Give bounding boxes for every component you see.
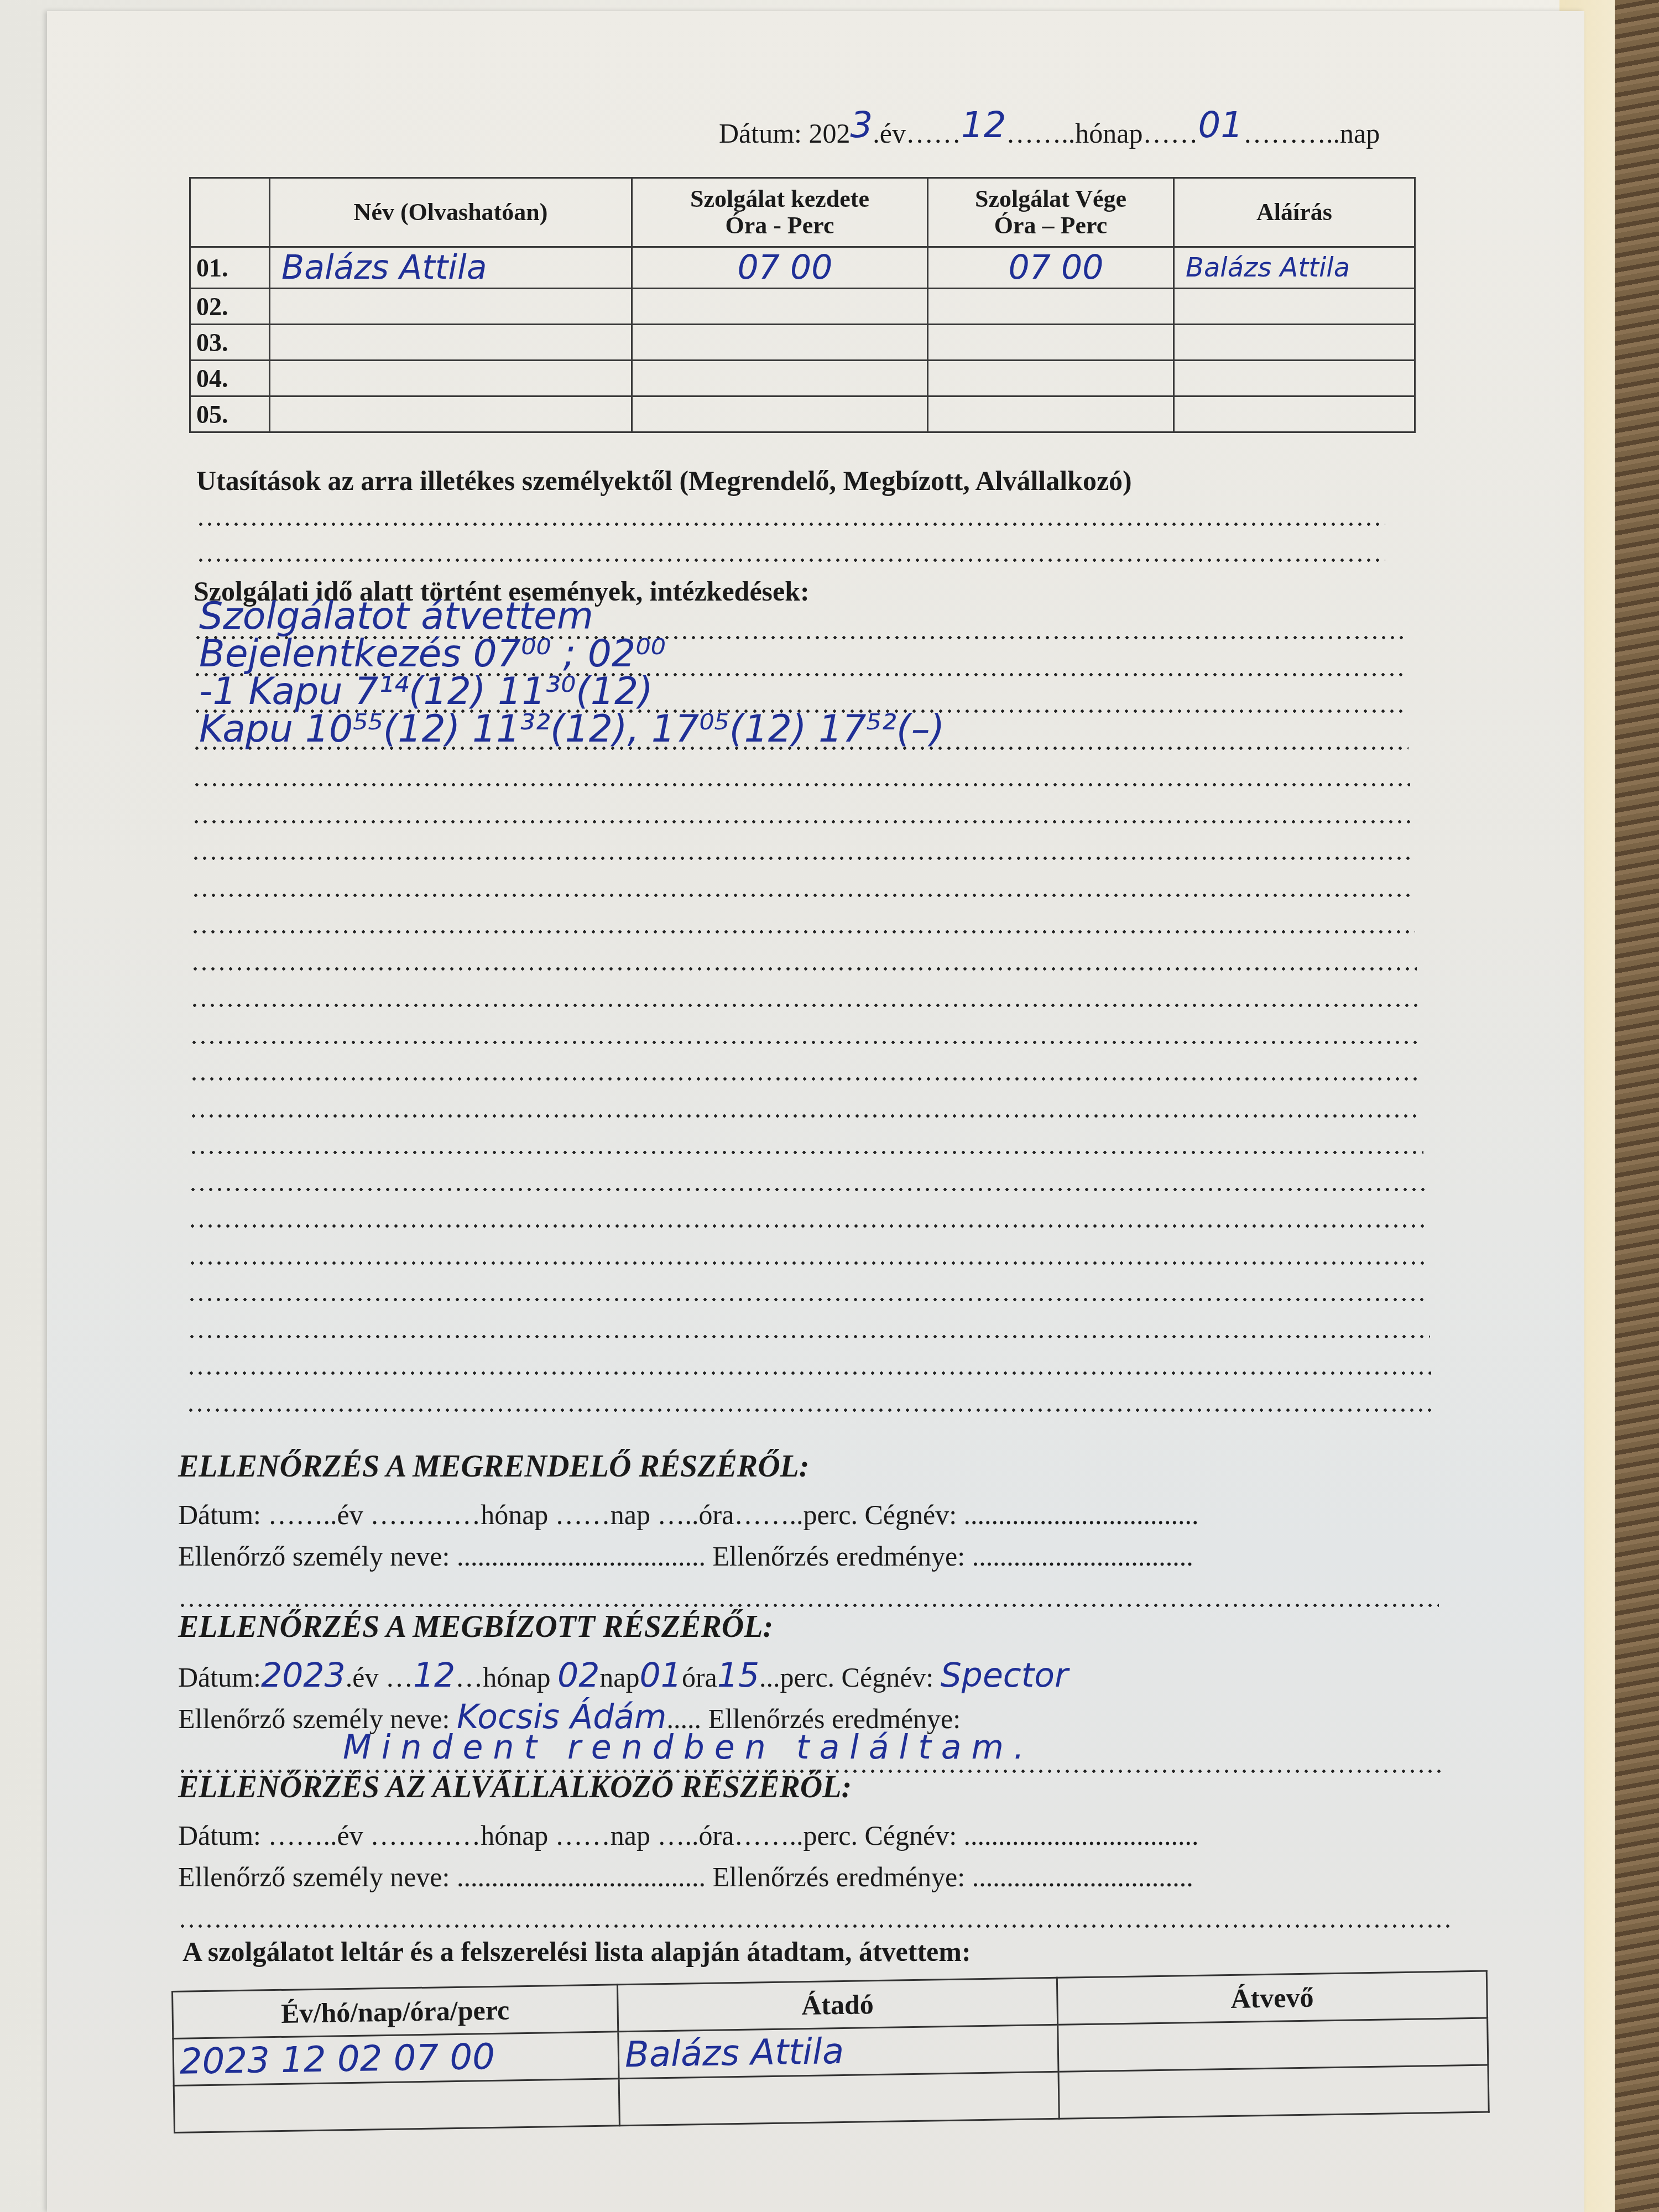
instructions-heading: Utasítások az arra illetékes személyektő… bbox=[196, 465, 1132, 497]
client-check-title: ELLENŐRZÉS A MEGRENDELŐ RÉSZÉRŐL: bbox=[178, 1449, 809, 1484]
events-line[interactable] bbox=[187, 1335, 1430, 1338]
handover-giver[interactable] bbox=[619, 2072, 1059, 2125]
row-number: 03. bbox=[190, 325, 270, 361]
subcontractor-check-title: ELLENŐRZÉS AZ ALVÁLLALKOZÓ RÉSZÉRŐL: bbox=[178, 1770, 852, 1805]
contractor-hour[interactable]: 01 bbox=[640, 1656, 682, 1695]
subcontractor-person-row[interactable]: Ellenőrző személy neve: ................… bbox=[178, 1861, 1193, 1893]
handover-datetime[interactable]: 2023 12 02 07 00 bbox=[173, 2032, 619, 2086]
col-number bbox=[190, 178, 270, 247]
handover-receiver[interactable] bbox=[1058, 2065, 1489, 2119]
contractor-company[interactable]: Spector bbox=[941, 1656, 1068, 1695]
client-extra-line[interactable] bbox=[178, 1604, 1439, 1607]
contractor-year[interactable]: 2023 bbox=[261, 1656, 346, 1695]
col-signature: Aláírás bbox=[1174, 178, 1415, 247]
events-line[interactable] bbox=[188, 1224, 1426, 1228]
date-month[interactable]: 12 bbox=[961, 105, 1006, 146]
crew-end[interactable]: 07 00 bbox=[928, 247, 1174, 289]
header-date: Dátum: 2023.év……12……..hónap……01………..nap bbox=[719, 111, 1380, 152]
events-line[interactable] bbox=[191, 930, 1415, 933]
crew-start[interactable] bbox=[632, 361, 928, 397]
crew-name[interactable] bbox=[270, 361, 632, 397]
year-label: .év…… bbox=[873, 118, 961, 149]
crew-row: 02. bbox=[190, 289, 1415, 325]
handover-datetime[interactable] bbox=[174, 2079, 619, 2133]
events-line[interactable] bbox=[192, 820, 1411, 823]
col-end: Szolgálat VégeÓra – Perc bbox=[928, 178, 1174, 247]
col-name: Név (Olvashatóan) bbox=[270, 178, 632, 247]
contractor-minute[interactable]: 15 bbox=[717, 1656, 759, 1695]
instructions-line-2[interactable] bbox=[196, 559, 1385, 562]
client-person-row[interactable]: Ellenőrző személy neve: ................… bbox=[178, 1540, 1193, 1572]
events-line[interactable] bbox=[191, 894, 1414, 897]
col-start: Szolgálat kezdeteÓra - Perc bbox=[632, 178, 928, 247]
events-line[interactable] bbox=[190, 1077, 1421, 1081]
client-date-row[interactable]: Dátum: ……..év …………hónap ……nap …..óra……..… bbox=[178, 1499, 1199, 1531]
crew-end[interactable] bbox=[928, 361, 1174, 397]
crew-start[interactable]: 07 00 bbox=[632, 247, 928, 289]
wooden-desk bbox=[1615, 0, 1659, 2212]
col-giver: Átadó bbox=[617, 1978, 1057, 2031]
crew-name[interactable]: Balázs Attila bbox=[270, 247, 632, 289]
contractor-date-row: Dátum:2023.év …12…hónap 02nap01óra15...p… bbox=[178, 1656, 1068, 1695]
events-line[interactable] bbox=[190, 1004, 1418, 1007]
crew-name[interactable] bbox=[270, 289, 632, 325]
crew-signature[interactable] bbox=[1174, 289, 1415, 325]
events-line[interactable] bbox=[189, 1188, 1425, 1191]
crew-start[interactable] bbox=[632, 397, 928, 432]
month-label: ……..hónap…… bbox=[1006, 118, 1198, 149]
events-line[interactable] bbox=[192, 783, 1410, 786]
events-line[interactable] bbox=[187, 1371, 1431, 1375]
event-entry[interactable]: Kapu 10⁵⁵(12) 11³²(12), 17⁰⁵(12) 17⁵²(–) bbox=[199, 707, 945, 751]
handover-table: Év/hó/nap/óra/perc Átadó Átvevő 2023 12 … bbox=[171, 1970, 1490, 2133]
subcontractor-extra-line[interactable] bbox=[178, 1924, 1450, 1928]
row-number: 01. bbox=[190, 247, 270, 289]
crew-end[interactable] bbox=[928, 325, 1174, 361]
crew-name[interactable] bbox=[270, 325, 632, 361]
events-line[interactable] bbox=[190, 1041, 1419, 1044]
events-line[interactable] bbox=[188, 1261, 1427, 1265]
col-datetime: Év/hó/nap/óra/perc bbox=[173, 1985, 618, 2039]
subcontractor-date-row[interactable]: Dátum: ……..év …………hónap ……nap …..óra……..… bbox=[178, 1819, 1199, 1851]
events-line[interactable] bbox=[191, 967, 1417, 971]
crew-start[interactable] bbox=[632, 289, 928, 325]
row-number: 04. bbox=[190, 361, 270, 397]
handover-receiver[interactable] bbox=[1058, 2018, 1488, 2072]
events-line[interactable] bbox=[191, 857, 1412, 860]
crew-end[interactable] bbox=[928, 289, 1174, 325]
crew-table: Név (Olvashatóan) Szolgálat kezdeteÓra -… bbox=[189, 177, 1416, 433]
contractor-result[interactable]: Mindent rendben találtam. bbox=[343, 1728, 1034, 1767]
events-line[interactable] bbox=[187, 1298, 1428, 1301]
crew-end[interactable] bbox=[928, 397, 1174, 432]
row-number: 02. bbox=[190, 289, 270, 325]
events-line[interactable] bbox=[186, 1408, 1432, 1412]
crew-row: 01.Balázs Attila07 0007 00Balázs Attila bbox=[190, 247, 1415, 289]
crew-row: 03. bbox=[190, 325, 1415, 361]
col-receiver: Átvevő bbox=[1057, 1971, 1487, 2025]
crew-signature[interactable]: Balázs Attila bbox=[1174, 247, 1415, 289]
contractor-result-row: Mindent rendben találtam. bbox=[343, 1728, 1034, 1767]
crew-row: 05. bbox=[190, 397, 1415, 432]
day-label: ………..nap bbox=[1243, 118, 1380, 149]
contractor-month[interactable]: 12 bbox=[413, 1656, 455, 1695]
crew-row: 04. bbox=[190, 361, 1415, 397]
instructions-line-1[interactable] bbox=[196, 523, 1385, 526]
events-line[interactable] bbox=[189, 1114, 1422, 1118]
crew-signature[interactable] bbox=[1174, 397, 1415, 432]
crew-start[interactable] bbox=[632, 325, 928, 361]
handover-heading: A szolgálatot leltár és a felszerelési l… bbox=[182, 1936, 971, 1968]
crew-signature[interactable] bbox=[1174, 361, 1415, 397]
row-number: 05. bbox=[190, 397, 270, 432]
events-line[interactable] bbox=[189, 1151, 1423, 1154]
contractor-check-title: ELLENŐRZÉS A MEGBÍZOTT RÉSZÉRŐL: bbox=[178, 1609, 773, 1645]
date-prefix: Dátum: 202 bbox=[719, 118, 850, 149]
handover-giver[interactable]: Balázs Attila bbox=[618, 2025, 1058, 2078]
date-day[interactable]: 01 bbox=[1198, 105, 1243, 146]
contractor-day[interactable]: 02 bbox=[557, 1656, 599, 1695]
date-year-digit[interactable]: 3 bbox=[850, 105, 873, 146]
crew-name[interactable] bbox=[270, 397, 632, 432]
crew-signature[interactable] bbox=[1174, 325, 1415, 361]
